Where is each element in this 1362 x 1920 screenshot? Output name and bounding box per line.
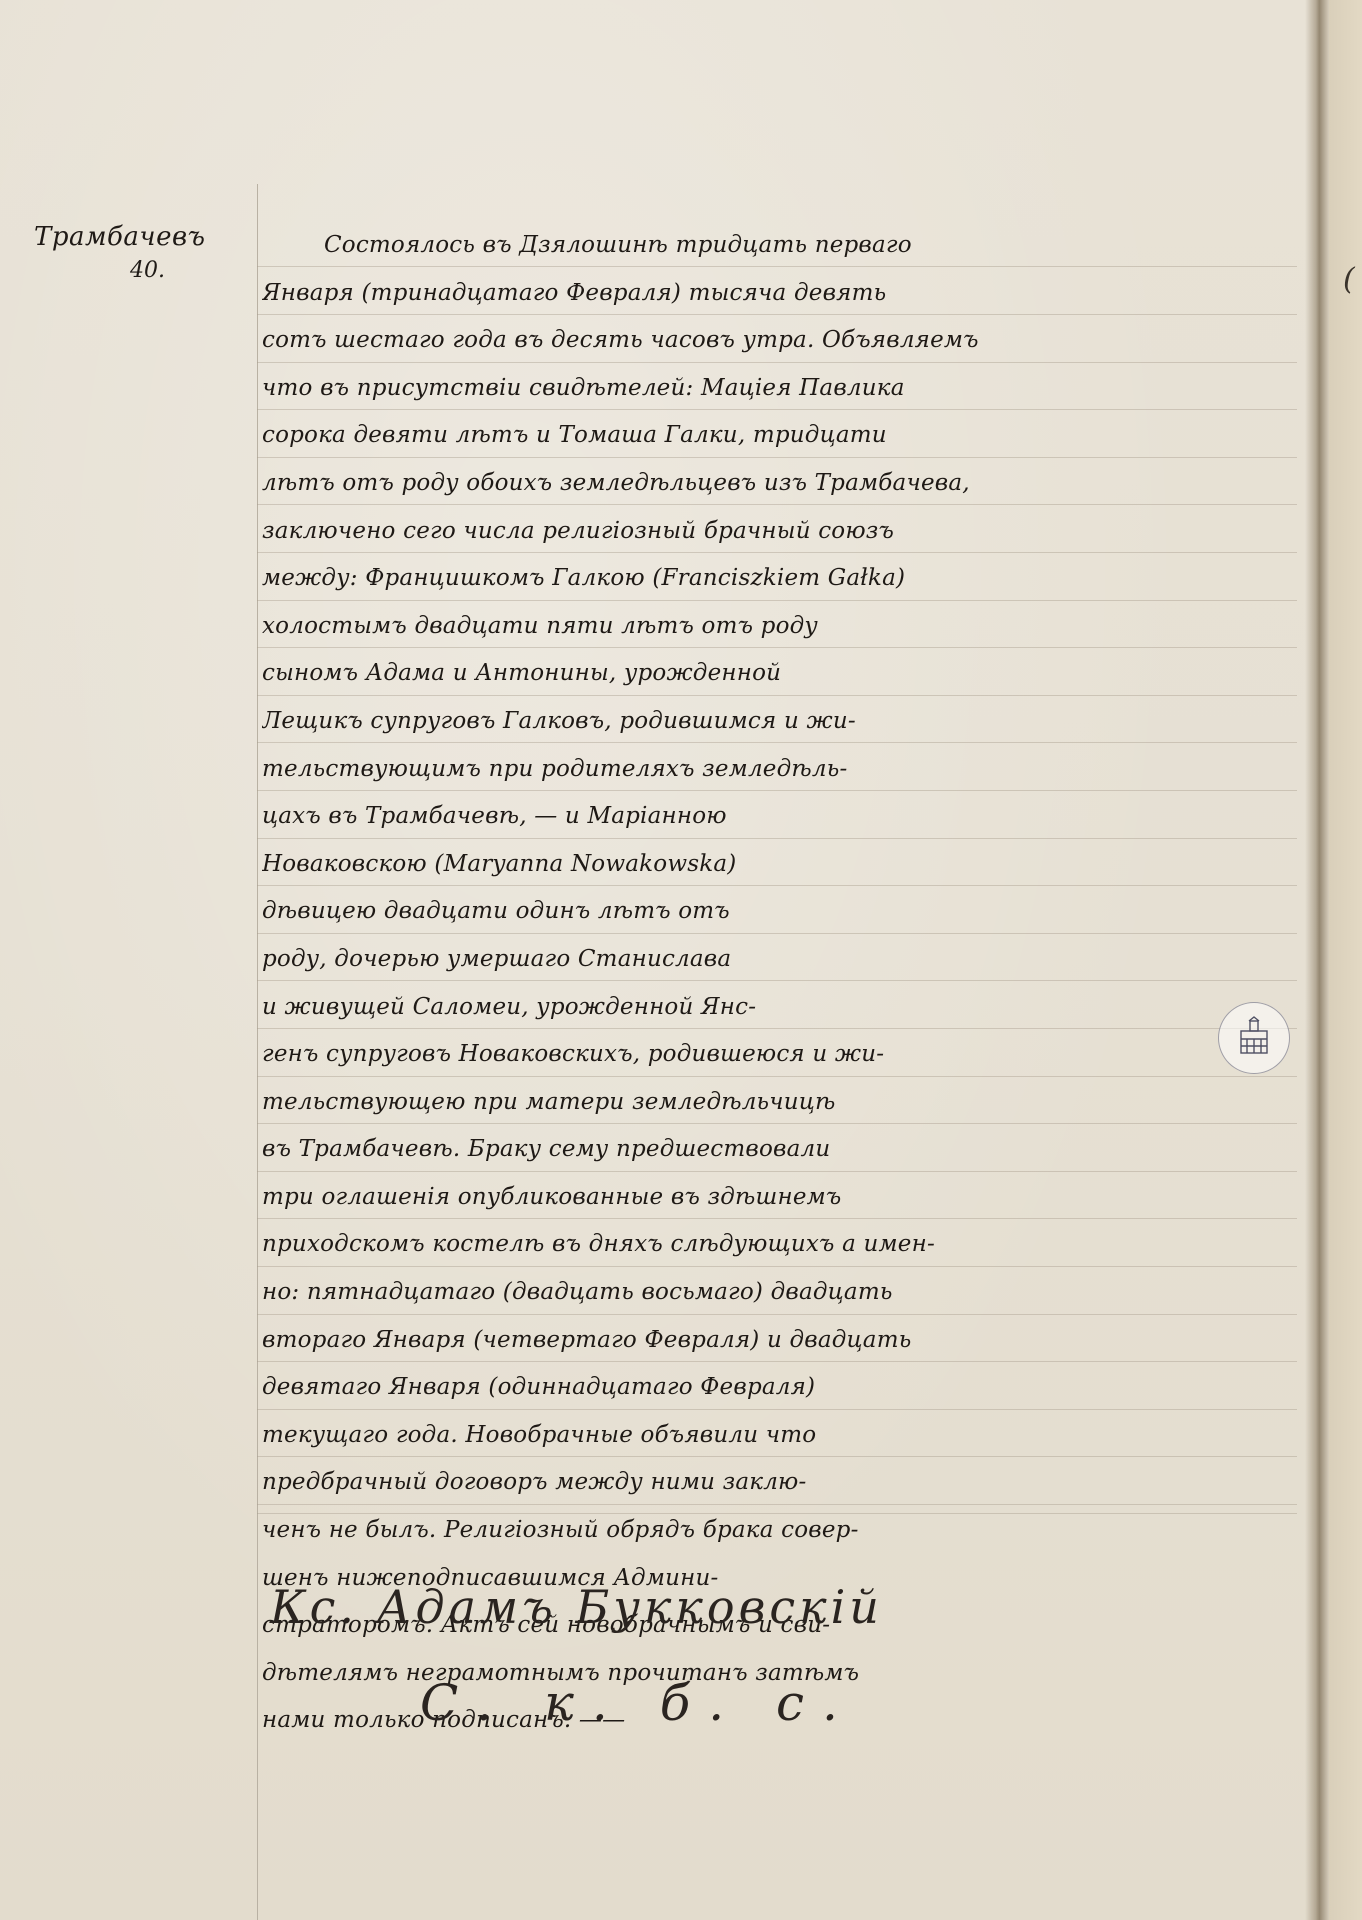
entry-line: въ Трамбачевѣ. Браку сему предшествовали xyxy=(262,1126,1292,1174)
adjacent-page-mark: ( xyxy=(1343,262,1355,297)
entry-line: сыномъ Адама и Антонины, урожденной xyxy=(262,650,1292,698)
entry-number: 40. xyxy=(130,258,264,283)
entry-line: Лещикъ супруговъ Галковъ, родившимся и ж… xyxy=(262,698,1292,746)
archive-stamp: ARCHIWUM PAŃSTWOWE xyxy=(1218,1002,1290,1074)
entry-line: Состоялось въ Дзялошинѣ тридцать перваго xyxy=(262,222,1292,270)
entry-line: и живущей Саломеи, урожденной Янс- xyxy=(262,984,1292,1032)
entry-line: ченъ не былъ. Религіозный обрядъ брака с… xyxy=(262,1507,1292,1555)
priest-signature: Кс. Адамъ Букковскій xyxy=(270,1580,1230,1634)
entry-line: дѣвицею двадцати одинъ лѣтъ отъ xyxy=(262,888,1292,936)
entry-line: между: Францишкомъ Галкою (Franciszkiem … xyxy=(262,555,1292,603)
entry-line: холостымъ двадцати пяти лѣтъ отъ роду xyxy=(262,603,1292,651)
entry-line: приходскомъ костелѣ въ дняхъ слѣдующихъ … xyxy=(262,1221,1292,1269)
entry-line: текущаго года. Новобрачные объявили что xyxy=(262,1412,1292,1460)
entry-line: сорока девяти лѣтъ и Томаша Галки, тридц… xyxy=(262,412,1292,460)
entry-line: девятаго Января (одиннадцатаго Февраля) xyxy=(262,1364,1292,1412)
entry-line: тельствующею при матери земледѣльчицѣ xyxy=(262,1079,1292,1127)
entry-line: заключено сего числа религіозный брачный… xyxy=(262,508,1292,556)
margin-annotation: Трамбачевъ 40. xyxy=(34,222,264,283)
margin-place-name: Трамбачевъ xyxy=(34,222,264,252)
entry-line: сотъ шестаго года въ десять часовъ утра.… xyxy=(262,317,1292,365)
entry-line: тельствующимъ при родителяхъ земледѣль- xyxy=(262,746,1292,794)
entry-line: что въ присутствіи свидѣтелей: Маціея Па… xyxy=(262,365,1292,413)
registrar-initials: С. к. б. с. xyxy=(420,1674,1230,1732)
entry-line: цахъ въ Трамбачевѣ, — и Маріанною xyxy=(262,793,1292,841)
entry-line: втораго Января (четвертаго Февраля) и дв… xyxy=(262,1317,1292,1365)
entry-line: предбрачный договоръ между ними заклю- xyxy=(262,1459,1292,1507)
entry-line: но: пятнадцатаго (двадцать восьмаго) два… xyxy=(262,1269,1292,1317)
entry-line: Новаковскою (Maryanna Nowakowska) xyxy=(262,841,1292,889)
building-icon xyxy=(1231,1015,1277,1061)
signature-block: Кс. Адамъ Букковскій С. к. б. с. xyxy=(270,1580,1230,1732)
entry-line: Января (тринадцатаго Февраля) тысяча дев… xyxy=(262,270,1292,318)
book-gutter xyxy=(1305,0,1329,1920)
entry-body: Состоялось въ Дзялошинѣ тридцать перваго… xyxy=(262,222,1292,1745)
entry-line: роду, дочерью умершаго Станислава xyxy=(262,936,1292,984)
margin-rule xyxy=(257,184,258,1920)
entry-line: генъ супруговъ Новаковскихъ, родившеюся … xyxy=(262,1031,1292,1079)
entry-line: лѣтъ отъ роду обоихъ земледѣльцевъ изъ Т… xyxy=(262,460,1292,508)
entry-line: три оглашенія опубликованные въ здѣшнемъ xyxy=(262,1174,1292,1222)
register-page: Трамбачевъ 40. Состоялось въ Дзялошинѣ т… xyxy=(0,0,1318,1920)
